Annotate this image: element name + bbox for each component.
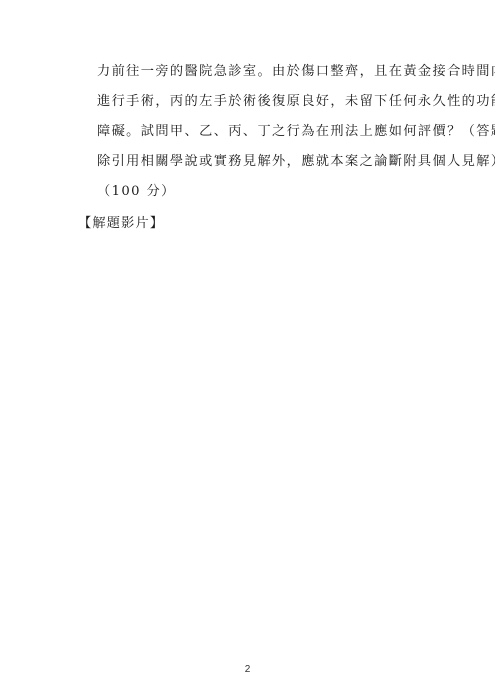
paragraph-line: 進行手術，丙的左手於術後復原良好，未留下任何永久性的功能 bbox=[97, 92, 427, 122]
page-number: 2 bbox=[0, 664, 495, 675]
paragraph-line: 除引用相關學說或實務見解外，應就本案之論斷附具個人見解） bbox=[97, 152, 427, 182]
paragraph-line: 障礙。試問甲、乙、丙、丁之行為在刑法上應如何評價？（答題 bbox=[97, 122, 427, 152]
document-page: 力前往一旁的醫院急診室。由於傷口整齊，且在黃金接合時間內 進行手術，丙的左手於術… bbox=[0, 0, 495, 700]
score-line: （100 分） bbox=[97, 182, 427, 212]
paragraph-line: 力前往一旁的醫院急診室。由於傷口整齊，且在黃金接合時間內 bbox=[97, 62, 427, 92]
solution-video-label: 【解題影片】 bbox=[78, 214, 164, 234]
question-paragraph: 力前往一旁的醫院急診室。由於傷口整齊，且在黃金接合時間內 進行手術，丙的左手於術… bbox=[97, 62, 427, 212]
